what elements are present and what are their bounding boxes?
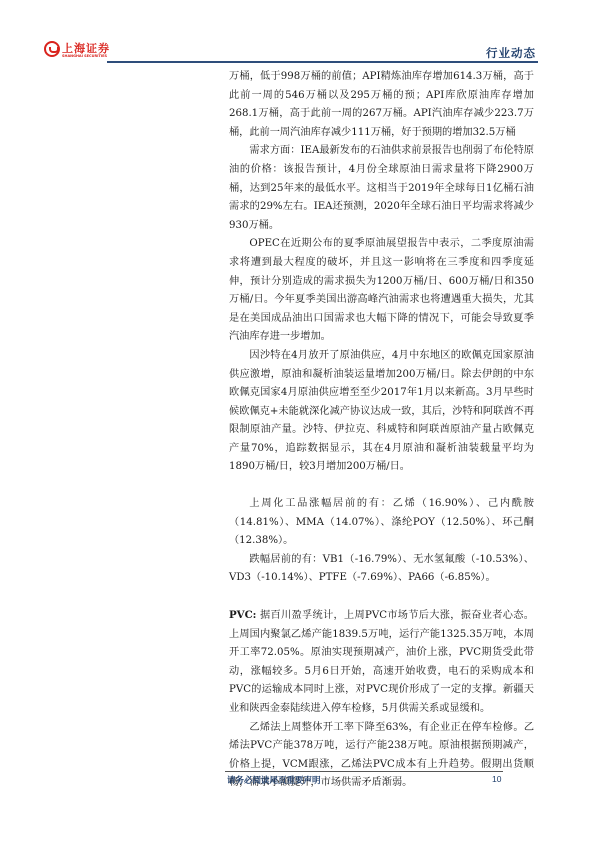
section-tag: 行业动态 — [486, 45, 536, 61]
pvc-heading: PVC: — [229, 609, 256, 621]
logo-subtext: SHANGHAI SECURITIES — [62, 54, 107, 58]
pvc-text: 据百川盈孚统计，上周PVC市场节后大涨，振奋业者心态。上周国内聚氯乙烯产能183… — [229, 610, 534, 714]
spacer — [229, 477, 534, 495]
page-number: 10 — [492, 774, 501, 784]
footer-divider — [225, 771, 503, 772]
paragraph-api-inventory: 万桶，低于998万桶的前值；API精炼油库存增加614.3万桶，高于此前一周的5… — [229, 68, 534, 142]
paragraph-opec: OPEC在近期公布的夏季原油展望报告中表示，二季度原油需求将遭到最大程度的破坏，… — [229, 235, 534, 347]
paragraph-gainers: 上周化工品涨幅居前的有：乙烯（16.90%）、己内酰胺（14.81%）、MMA（… — [229, 495, 534, 551]
header-divider — [107, 61, 538, 63]
logo-emblem-icon — [44, 41, 60, 57]
spacer — [229, 588, 534, 606]
document-body: 万桶，低于998万桶的前值；API精炼油库存增加614.3万桶，高于此前一周的5… — [229, 68, 534, 793]
paragraph-pvc: PVC: 据百川盈孚统计，上周PVC市场节后大涨，振奋业者心态。上周国内聚氯乙烯… — [229, 606, 534, 719]
footer-disclaimer: 请务必阅读尾页重要声明 — [227, 774, 321, 786]
paragraph-losers: 跌幅居前的有：VB1（-16.79%）、无水氢氟酸（-10.53%）、VD3（-… — [229, 551, 534, 588]
paragraph-saudi-supply: 因沙特在4月放开了原油供应，4月中东地区的欧佩克国家原油供应激增，原油和凝析油装… — [229, 347, 534, 477]
paragraph-demand: 需求方面：IEA最新发布的石油供求前景报告也削弱了布伦特原油的价格：该报告预计，… — [229, 142, 534, 235]
company-logo: 上海证券 SHANGHAI SECURITIES — [44, 40, 108, 62]
